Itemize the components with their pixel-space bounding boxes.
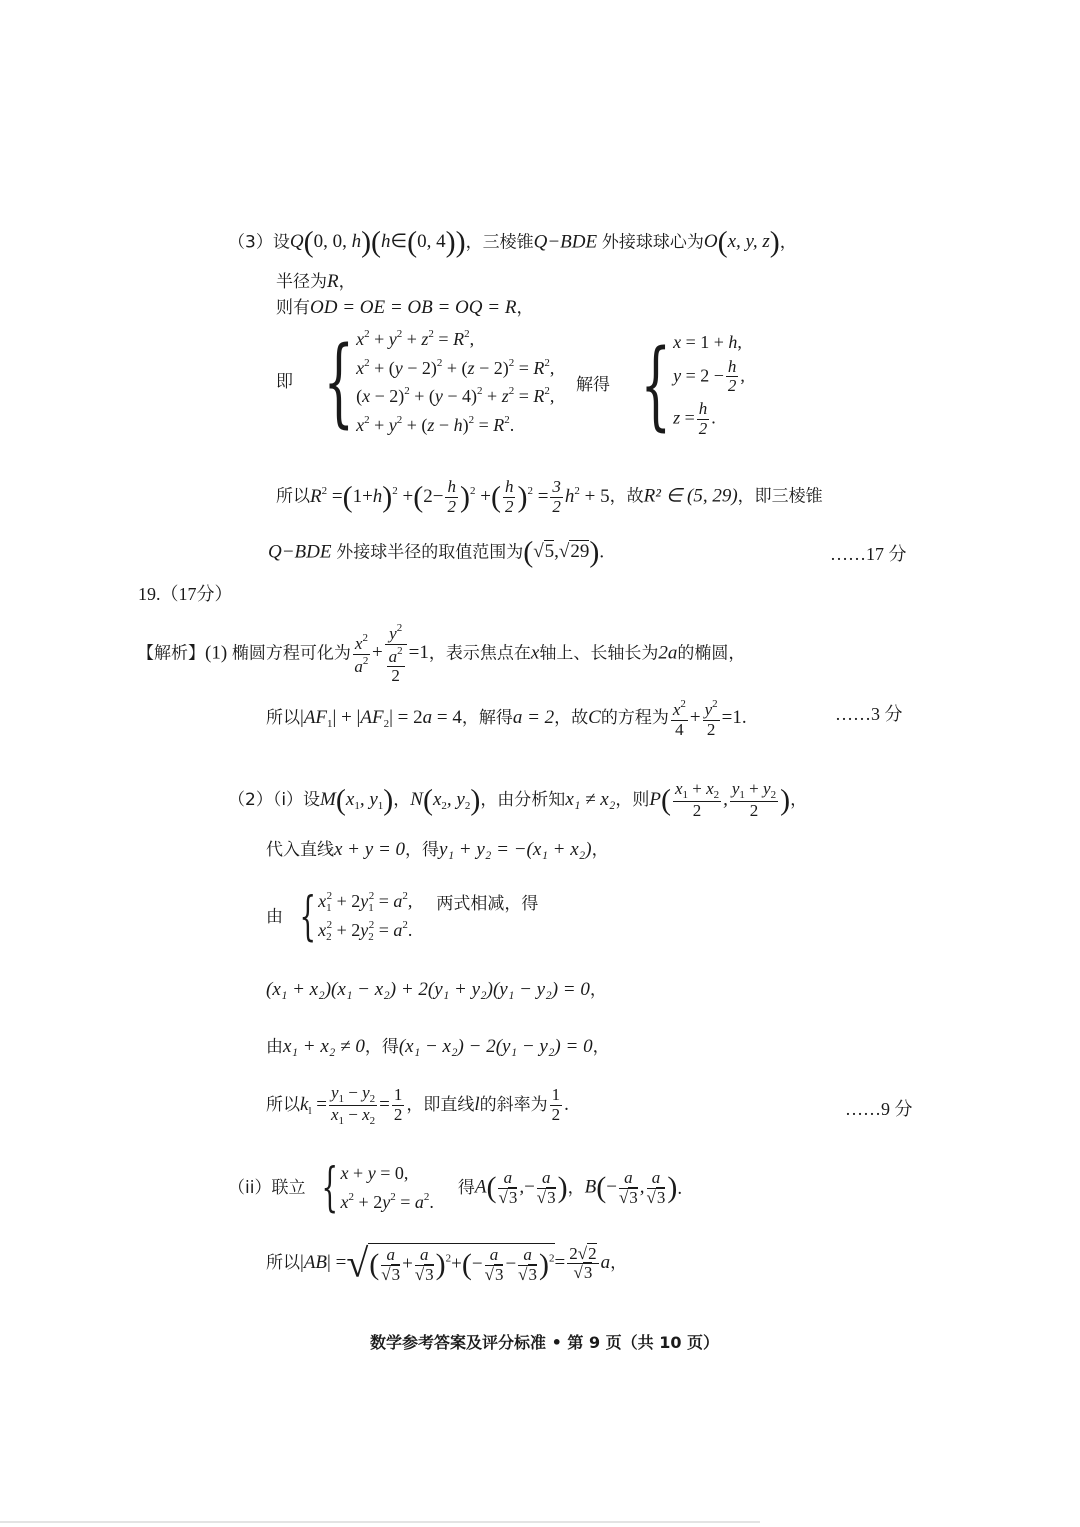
system-eq-1: x + y = 0, [341,1163,434,1185]
q19-expand-line: (x₁ + x₂)(x₁ − x₂) + 2(y₁ + y₂)(y₁ − y₂)… [266,980,607,999]
equation-system: 由 { x12 + 2y12 = a2, x22 + 2y22 = a2. 两式… [266,890,538,944]
ellipse-equation: x2a2+y2a22=1 [351,642,429,663]
solution-system: 解得 { x = 1 + h, y = 2 −h2, z =h2. [576,332,745,438]
slope-value: 12 [550,1086,563,1124]
point-a: A(a√3,−a√3) [475,1169,568,1207]
q19-cond-line: 由x₁ + x₂ ≠ 0，得(x₁ − x₂) − 2(y₁ − y₂) = 0… [266,1037,610,1056]
system-eq-2: x22 + 2y22 = a2. [318,919,412,944]
q19-system-block: 由 { x12 + 2y12 = a2, x22 + 2y22 = a2. 两式… [266,890,538,944]
q18-conclusion-line: Q−BDE 外接球半径的取值范围为(√5,√29). [268,538,604,568]
q19-part2i-line2: 代入直线x + y = 0，得y₁ + y₂ = −(x₁ + x₂)， [266,840,609,859]
left-brace: { [322,1162,339,1214]
q19-part1-line2: 所以|AF1| + |AF2| = 2a = 4，解得a = 2，故C的方程为x… [266,698,747,739]
page-footer: 数学参考答案及评分标准 • 第 9 页（共 10 页） [370,1335,719,1351]
ellipse-final: x24+y22=1. [669,707,747,728]
r2-expression: R2 =(1+h)2 +(2−h2)2 +(h2)2 =32h2 + 5 [310,486,610,507]
left-brace: { [324,334,355,430]
point-m: M(x1, y1) [320,789,393,810]
left-brace: { [300,891,317,943]
radius-range: (√5,√29) [523,541,599,562]
math-q-point: Q(0, 0, h)(h∈(0, 4)) [290,231,466,252]
q18-solution-block: 解得 { x = 1 + h, y = 2 −h2, z =h2. [576,332,745,438]
score-17: ……17 分 [830,540,907,566]
analysis-tag: 【解析】 [137,643,205,663]
q18-system-block: 即 { x2 + y2 + z2 = R2, x2 + (y − 2)2 + (… [276,328,554,436]
q18-part3-line2: 半径为R， [276,272,356,291]
solution-y: y = 2 −h2, [673,358,745,396]
score-9: ……9 分 [845,1095,913,1121]
math-o-point: O(x, y, z) [704,231,780,252]
point-b: B(−a√3,a√3) [585,1169,678,1207]
system-eq-3: (x − 2)2 + (y − 4)2 + z2 = R2, [356,385,554,408]
q19-part2ii-line1: （ii）联立 { x + y = 0, x2 + 2y2 = a2. 得 A(a… [228,1162,682,1214]
system-eq-2: x2 + (y − 2)2 + (z − 2)2 = R2, [356,357,554,380]
focal-sum: |AF1| + |AF2| = 2a = 4 [300,707,462,728]
q18-r2-line: 所以R2 =(1+h)2 +(2−h2)2 +(h2)2 =32h2 + 5，故… [276,478,823,516]
q18-part3-line1: （3）设Q(0, 0, h)(h∈(0, 4))，三棱锥Q−BDE 外接球球心为… [228,228,797,258]
equation-system: 即 { x2 + y2 + z2 = R2, x2 + (y − 2)2 + (… [276,328,554,436]
q19-ab-line: 所以|AB| =√(a√3+a√3)2+(−a√3−a√3)2=2√2√3a， [266,1243,627,1284]
score-3: ……3 分 [835,700,903,726]
system-eq-2: x2 + 2y2 = a2. [341,1191,434,1214]
system-eq-4: x2 + y2 + (z − h)2 = R2. [356,414,554,437]
point-n: N(x2, y2) [410,789,480,810]
q19-part1-line1: 【解析】(1) 椭圆方程可化为x2a2+y2a22=1，表示焦点在x轴上、长轴长… [137,622,745,686]
system-eq-1: x2 + y2 + z2 = R2, [356,328,554,351]
bottom-divider [0,1521,760,1523]
q19-part2i-line1: （2）（i）设M(x1, y1)，N(x2, y2)，由分析知x₁ ≠ x₂，则… [228,780,807,821]
q19-header: 19.（17分） [138,585,233,603]
solution-x: x = 1 + h, [673,332,745,354]
system-eq-1: x12 + 2y12 = a2, [318,890,412,915]
slope-expression: kl =y1 − y2x1 − x2=12 [300,1094,406,1115]
part-label: （3） [228,232,273,252]
q18-part3-line3: 则有OD = OE = OB = OQ = R， [276,298,533,317]
q19-slope-line: 所以kl =y1 − y2x1 − x2=12，即直线l的斜率为12. [266,1084,569,1127]
solution-z: z =h2. [673,400,745,438]
point-p: P(x1 + x22,y1 + y22) [649,789,790,810]
left-brace: { [641,337,672,433]
ab-length: |AB| =√(a√3+a√3)2+(−a√3−a√3)2=2√2√3a [300,1252,610,1273]
